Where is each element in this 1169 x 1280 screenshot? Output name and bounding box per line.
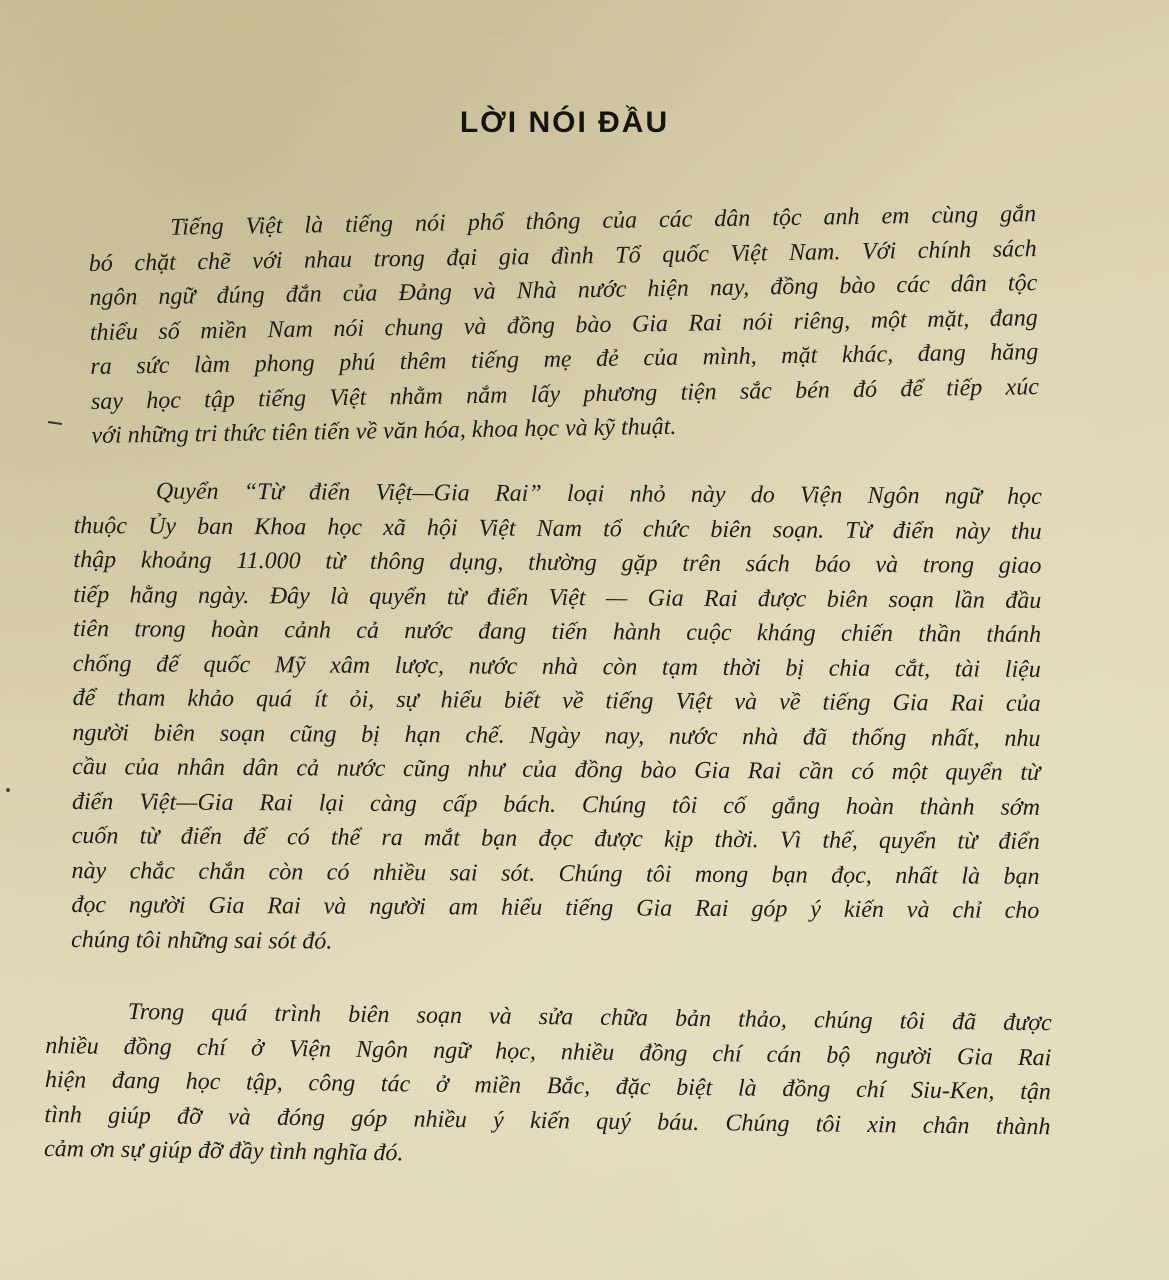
paragraph-1: Tiếng Việt là tiếng nói phổ thông của cá… [88,197,1040,453]
paragraph-2: Quyển “Từ điển Việt—Gia Rai” loại nhỏ nà… [71,474,1042,963]
text-line: thuộc Ủy ban Khoa học xã hội Việt Nam tổ… [74,508,1042,548]
text-line: điển Việt—Gia Rai lại càng cấp bách. Chú… [72,784,1040,824]
text-line: đọc người Gia Rai và người am hiểu tiếng… [71,888,1039,928]
margin-speck [6,788,10,792]
text-line: chúng tôi những sai sót đó. [71,922,1039,962]
page-title: LỜI NÓI ĐẦU [0,106,1149,140]
text-line: cuốn từ điển để có thể ra mắt bạn đọc đư… [72,819,1040,859]
text-line: người biên soạn cũng bị hạn chế. Ngày na… [72,715,1040,755]
paragraph-3: Trong quá trình biên soạn và sửa chữa bả… [44,994,1052,1179]
scanned-book-page: LỜI NÓI ĐẦU Tiếng Việt là tiếng nói phổ … [0,0,1169,1280]
text-line: chống đế quốc Mỹ xâm lược, nước nhà còn … [73,646,1041,686]
margin-mark [48,421,62,425]
text-line: Quyển “Từ điển Việt—Gia Rai” loại nhỏ nà… [74,474,1042,514]
text-line: tiên trong hoàn cảnh cả nước đang tiến h… [73,612,1041,652]
text-line: thập khoảng 11.000 từ thông dụng, thường… [73,543,1041,583]
text-line: để tham khảo quá ít ỏi, sự hiểu biết về … [73,681,1041,721]
text-line: tiếp hằng ngày. Đây là quyển từ điển Việ… [73,577,1041,617]
text-line: cầu của nhân dân cả nước cũng như của đồ… [72,750,1040,790]
text-line: này chắc chắn còn có nhiều sai sót. Chún… [71,853,1039,893]
